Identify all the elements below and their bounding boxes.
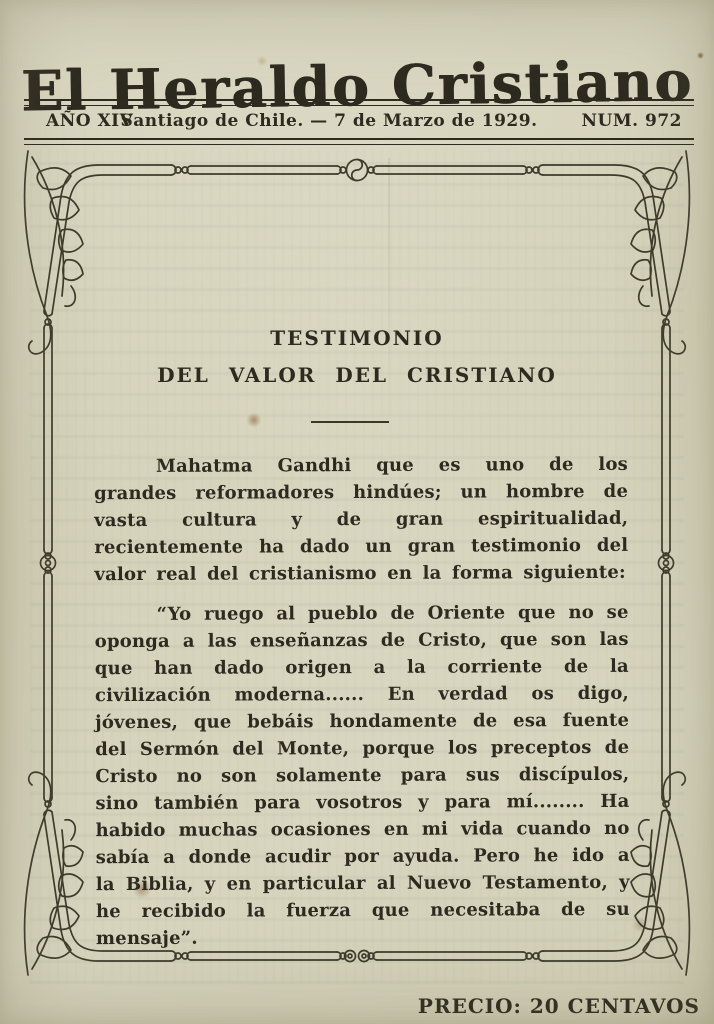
dateline-issue-number: NUM. 972	[581, 111, 682, 131]
double-rule-bottom	[24, 138, 694, 145]
double-rule-top	[24, 99, 694, 106]
article-paragraph: “Yo ruego al pueblo de Oriente que no se…	[95, 599, 631, 952]
dateline: AÑO XIV Santiago de Chile. — 7 de Marzo …	[24, 107, 694, 135]
newspaper-page: El Heraldo Cristiano AÑO XIV Santiago de…	[0, 0, 714, 1024]
right-center-ornament	[659, 556, 674, 571]
title-divider-rule	[311, 421, 389, 423]
price-label: PRECIO: 20 CENTAVOS	[418, 994, 700, 1018]
top-center-ornament	[347, 160, 368, 181]
article-body: Mahatma Gandhi que es uno de los grandes…	[94, 451, 630, 952]
article-paragraph: Mahatma Gandhi que es uno de los grandes…	[94, 451, 629, 588]
bottom-center-ornament	[345, 951, 370, 962]
paper-stain	[246, 413, 262, 427]
article-title-line1: TESTIMONIO	[0, 326, 714, 350]
left-center-ornament	[41, 556, 56, 571]
paper-fold-line	[388, 158, 390, 458]
paper-stain	[632, 918, 648, 932]
article-title-line2: DEL VALOR DEL CRISTIANO	[0, 363, 714, 387]
dateline-place-date: Santiago de Chile. — 7 de Marzo de 1929.	[24, 111, 634, 131]
